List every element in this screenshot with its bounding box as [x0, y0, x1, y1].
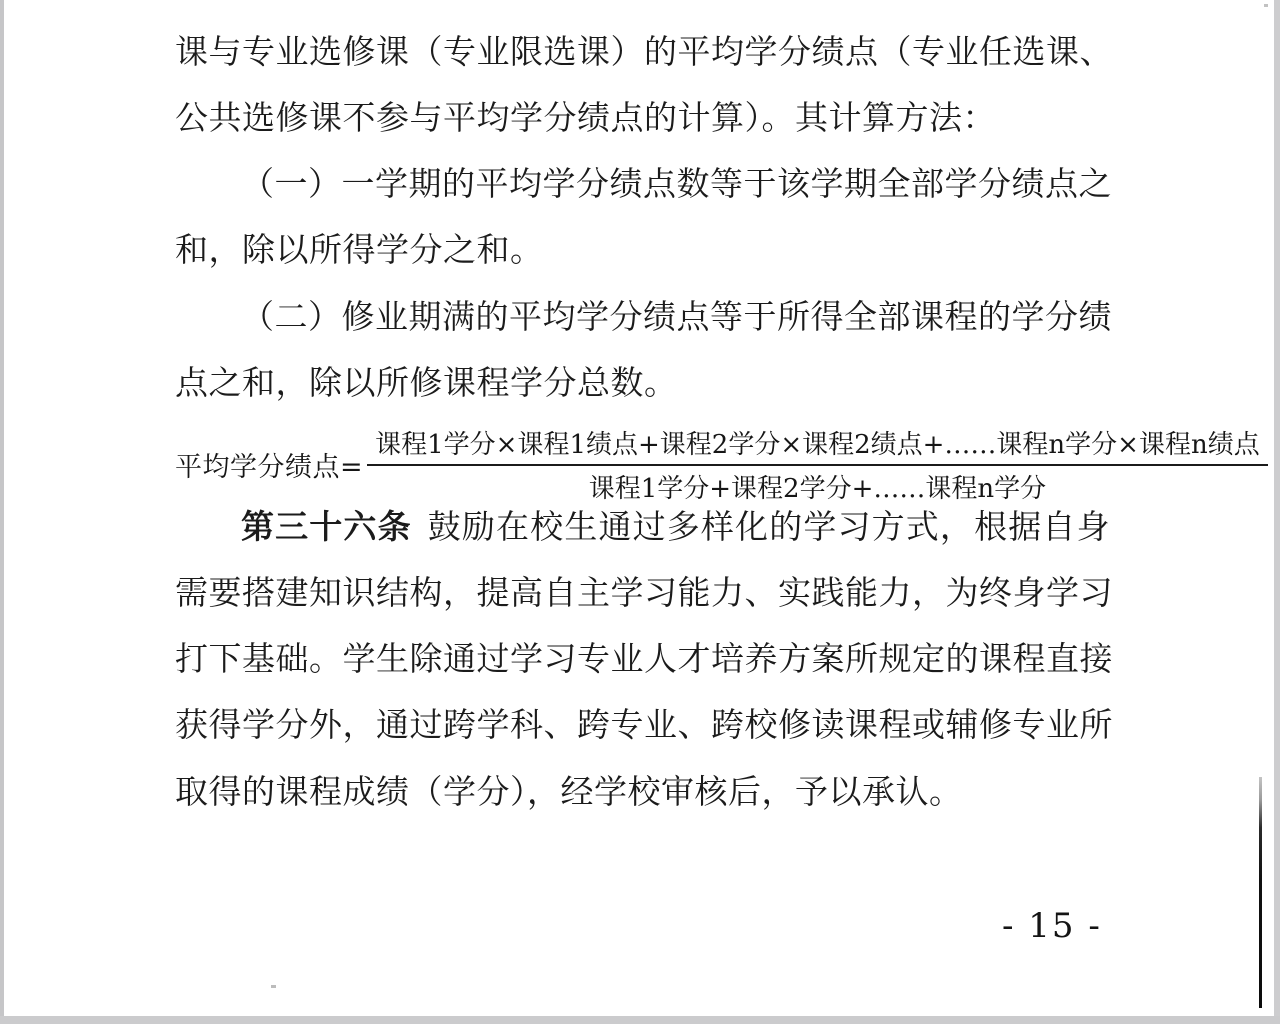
gpa-formula-label: 平均学分绩点= [175, 445, 363, 484]
article-text: 鼓励在校生通过多样化的学习方式，根据自身 [428, 507, 1110, 546]
gpa-formula-numerator: 课程1学分×课程1绩点+课程2学分×课程2绩点+……课程n学分×课程n绩点 [367, 424, 1268, 466]
body-text-line: （一）一学期的平均学分绩点数等于该学期全部学分绩点之 [175, 163, 1110, 205]
body-text-line: 需要搭建知识结构，提高自主学习能力、实践能力，为终身学习 [175, 572, 1110, 614]
gpa-formula-denominator: 课程1学分+课程2学分+……课程n学分 [589, 466, 1046, 505]
scan-edge-bottom [0, 1016, 1280, 1024]
body-text-line: 第三十六条鼓励在校生通过多样化的学习方式，根据自身 [175, 506, 1110, 548]
article-number: 第三十六条 [241, 507, 412, 546]
gpa-formula-fraction: 课程1学分×课程1绩点+课程2学分×课程2绩点+……课程n学分×课程n绩点 课程… [367, 424, 1268, 505]
body-text-line: 获得学分外，通过跨学科、跨专业、跨校修读课程或辅修专业所 [175, 704, 1110, 746]
scan-edge-left [0, 0, 4, 1024]
body-text-line: 和，除以所得学分之和。 [175, 229, 1110, 271]
body-text-line: 取得的课程成绩（学分），经学校审核后，予以承认。 [175, 771, 1110, 813]
scan-speck [1264, 4, 1268, 7]
body-text-line: 点之和，除以所修课程学分总数。 [175, 362, 1110, 404]
body-text-line: 打下基础。学生除通过学习专业人才培养方案所规定的课程直接 [175, 638, 1110, 680]
page-number: - 15 - [1002, 906, 1102, 946]
body-text-line: 课与专业选修课（专业限选课）的平均学分绩点（专业任选课、 [175, 31, 1110, 73]
scan-artifact-line [1259, 777, 1262, 1008]
body-text-line: 公共选修课不参与平均学分绩点的计算）。其计算方法： [175, 97, 1110, 139]
body-text-line: （二）修业期满的平均学分绩点等于所得全部课程的学分绩 [175, 296, 1110, 338]
scanned-document-page: 课与专业选修课（专业限选课）的平均学分绩点（专业任选课、 公共选修课不参与平均学… [0, 0, 1280, 1024]
scan-speck [271, 985, 276, 988]
scan-edge-right [1274, 0, 1280, 1024]
gpa-formula: 平均学分绩点= 课程1学分×课程1绩点+课程2学分×课程2绩点+……课程n学分×… [175, 424, 1268, 505]
